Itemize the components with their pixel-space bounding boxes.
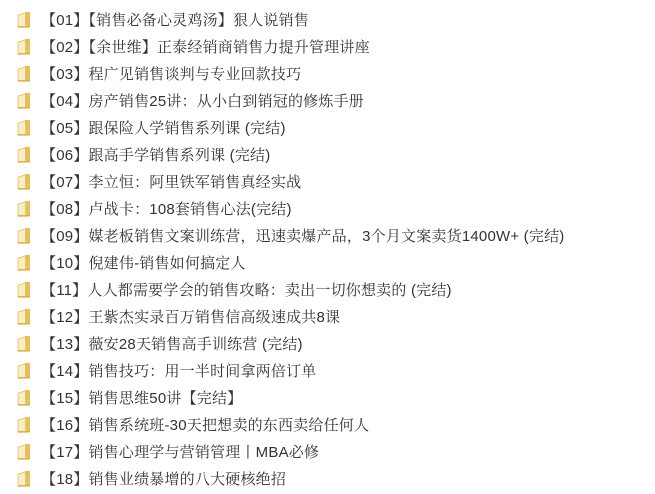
list-item[interactable]: 【15】销售思维50讲【完结】 [17,384,655,411]
list-item[interactable]: 【01】【销售必备心灵鸡汤】狠人说销售 [17,6,655,33]
list-item-label: 【16】销售系统班-30天把想卖的东西卖给任何人 [41,414,369,435]
folder-icon [17,308,31,325]
folder-icon [17,11,31,28]
list-item[interactable]: 【10】倪建伟-销售如何搞定人 [17,249,655,276]
list-item[interactable]: 【13】薇安28天销售高手训练营 (完结) [17,330,655,357]
folder-list: 【01】【销售必备心灵鸡汤】狠人说销售 【02】【余世维】正泰经销商销售力提升管… [0,0,655,492]
list-item-label: 【07】李立恒：阿里铁军销售真经实战 [41,171,301,192]
list-item-label: 【06】跟高手学销售系列课 (完结) [41,144,270,165]
folder-icon [17,92,31,109]
list-item-label: 【09】媒老板销售文案训练营，迅速卖爆产品，3个月文案卖货1400W+ (完结) [41,225,564,246]
folder-icon [17,119,31,136]
list-item-label: 【08】卢战卡：108套销售心法(完结) [41,198,292,219]
list-item-label: 【02】【余世维】正泰经销商销售力提升管理讲座 [41,36,370,57]
list-item-label: 【14】销售技巧：用一半时间拿两倍订单 [41,360,317,381]
list-item[interactable]: 【07】李立恒：阿里铁军销售真经实战 [17,168,655,195]
list-item-label: 【01】【销售必备心灵鸡汤】狠人说销售 [41,9,309,30]
list-item[interactable]: 【03】程广见销售谈判与专业回款技巧 [17,60,655,87]
list-item[interactable]: 【02】【余世维】正泰经销商销售力提升管理讲座 [17,33,655,60]
folder-icon [17,227,31,244]
list-item[interactable]: 【14】销售技巧：用一半时间拿两倍订单 [17,357,655,384]
list-item-label: 【05】跟保险人学销售系列课 (完结) [41,117,286,138]
folder-icon [17,416,31,433]
list-item[interactable]: 【17】销售心理学与营销管理丨MBA必修 [17,438,655,465]
list-item-label: 【04】房产销售25讲：从小白到销冠的修炼手册 [41,90,364,111]
folder-icon [17,362,31,379]
folder-icon [17,173,31,190]
folder-icon [17,38,31,55]
list-item[interactable]: 【16】销售系统班-30天把想卖的东西卖给任何人 [17,411,655,438]
folder-icon [17,146,31,163]
list-item-label: 【10】倪建伟-销售如何搞定人 [41,252,246,273]
list-item[interactable]: 【06】跟高手学销售系列课 (完结) [17,141,655,168]
folder-icon [17,443,31,460]
list-item-label: 【12】王紫杰实录百万销售信高级速成共8课 [41,306,340,327]
folder-icon [17,200,31,217]
folder-icon [17,470,31,487]
list-item[interactable]: 【05】跟保险人学销售系列课 (完结) [17,114,655,141]
folder-icon [17,335,31,352]
list-item[interactable]: 【09】媒老板销售文案训练营，迅速卖爆产品，3个月文案卖货1400W+ (完结) [17,222,655,249]
list-item-label: 【15】销售思维50讲【完结】 [41,387,242,408]
list-item[interactable]: 【11】人人都需要学会的销售攻略：卖出一切你想卖的 (完结) [17,276,655,303]
folder-icon [17,254,31,271]
folder-icon [17,281,31,298]
list-item[interactable]: 【08】卢战卡：108套销售心法(完结) [17,195,655,222]
list-item-label: 【13】薇安28天销售高手训练营 (完结) [41,333,303,354]
list-item[interactable]: 【12】王紫杰实录百万销售信高级速成共8课 [17,303,655,330]
list-item[interactable]: 【04】房产销售25讲：从小白到销冠的修炼手册 [17,87,655,114]
folder-icon [17,65,31,82]
list-item-label: 【18】销售业绩暴增的八大硬核绝招 [41,468,286,489]
list-item-label: 【11】人人都需要学会的销售攻略：卖出一切你想卖的 (完结) [41,279,452,300]
list-item-label: 【03】程广见销售谈判与专业回款技巧 [41,63,301,84]
list-item-label: 【17】销售心理学与营销管理丨MBA必修 [41,441,319,462]
list-item[interactable]: 【18】销售业绩暴增的八大硬核绝招 [17,465,655,492]
folder-icon [17,389,31,406]
